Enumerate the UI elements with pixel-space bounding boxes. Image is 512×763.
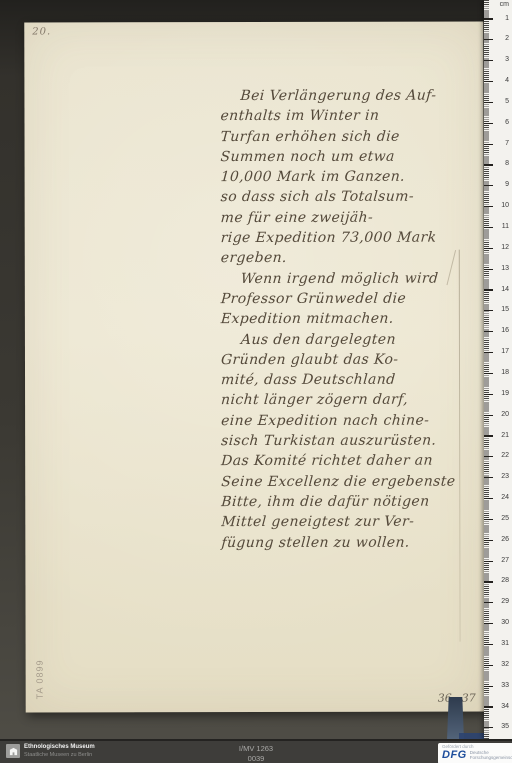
dfg-name-line2: Forschungsgemeinschaft [470, 755, 512, 760]
ruler-number: 12 [501, 244, 509, 251]
manuscript-line: Summen noch um etwa [220, 146, 489, 167]
ruler-tick [484, 456, 493, 457]
manuscript-line: Professor Grünwedel die [220, 288, 489, 309]
viewer-footer: Ethnologisches Museum Staatliche Museen … [0, 739, 512, 763]
ruler-number: 18 [501, 369, 509, 376]
manuscript-line: so dass sich als Totalsum- [220, 187, 489, 208]
manuscript-line: mité, dass Deutschland [220, 370, 489, 391]
manuscript-line: me für eine zweijäh- [220, 207, 489, 228]
ruler-number: 20 [501, 411, 509, 418]
ruler-number: 15 [501, 306, 509, 313]
ruler-tick [484, 269, 493, 270]
ruler-number: 1 [505, 15, 509, 22]
ruler-number: 16 [501, 327, 509, 334]
ruler-number: 14 [501, 286, 509, 293]
ruler-number: 7 [505, 140, 509, 147]
ruler-tick [484, 331, 493, 332]
ruler-tick [484, 686, 493, 687]
ruler-tick [484, 18, 493, 19]
ruler-tick [484, 81, 493, 82]
ruler-tick [484, 39, 493, 40]
ruler-tick [484, 706, 493, 707]
manuscript-line: ergeben. [220, 248, 489, 269]
ruler-tick [484, 602, 493, 603]
ruler-tick [484, 310, 493, 311]
manuscript-line: fügung stellen zu wollen. [221, 532, 490, 553]
ruler-number: 8 [505, 160, 509, 167]
dfg-logo: Gefördert durch DFG Deutsche Forschungsg… [438, 743, 512, 763]
ruler-tick [484, 60, 493, 61]
ruler-tick [484, 227, 493, 228]
ruler-number: 6 [505, 119, 509, 126]
manuscript-line: rige Expedition 73,000 Mark [220, 228, 489, 249]
manuscript-line: 10,000 Mark im Ganzen. [220, 167, 489, 188]
manuscript-line: Bei Verlängerung des Auf- [220, 86, 489, 107]
ruler-number: 25 [501, 515, 509, 522]
archive-stamp: TA 0899 [35, 648, 45, 710]
ruler-number: 21 [501, 432, 509, 439]
ruler-number: 28 [501, 577, 509, 584]
ruler-tick [484, 415, 493, 416]
manuscript-line: Bitte, ihm die dafür nötigen [221, 491, 490, 512]
ruler-tick [484, 206, 493, 207]
ruler-number: 2 [505, 35, 509, 42]
ruler-number: 13 [501, 265, 509, 272]
manuscript-line: Gründen glaubt das Ko- [220, 349, 489, 370]
ruler-tick [484, 185, 493, 186]
ruler-tick [484, 373, 493, 374]
manuscript-line: Turfan erhöhen sich die [220, 126, 489, 147]
ruler-number: 23 [501, 473, 509, 480]
ruler-number: 3 [505, 56, 509, 63]
document-identifiers: I/MV 1263 0039 [0, 744, 512, 763]
manuscript-line: nicht länger zögern darf, [220, 390, 489, 411]
document-id: I/MV 1263 [0, 744, 512, 754]
manuscript-line: Mittel geneigtest zur Ver- [221, 512, 490, 533]
dfg-logo-row: DFG Deutsche Forschungsgemeinschaft [442, 749, 512, 761]
ruler-number: 9 [505, 181, 509, 188]
ruler-tick [484, 435, 493, 436]
image-number: 0039 [0, 754, 512, 763]
ruler-tick [484, 248, 493, 249]
folio-number: 37 [462, 692, 476, 705]
ruler-number: 22 [501, 452, 509, 459]
manuscript-page: 20. Bei Verlängerung des Auf-enthalts im… [24, 22, 484, 713]
ruler-number: 17 [501, 348, 509, 355]
ruler-tick [484, 123, 493, 124]
ruler-number: 27 [501, 557, 509, 564]
scan-viewport: 20. Bei Verlängerung des Auf-enthalts im… [0, 0, 512, 763]
ruler-tick [484, 623, 493, 624]
ruler-number: 24 [501, 494, 509, 501]
ruler-tick [484, 561, 493, 562]
ruler-tick [484, 581, 493, 582]
manuscript-line: enthalts im Winter in [220, 106, 489, 127]
page-corner-number: 20. [32, 26, 51, 37]
ruler-number: 33 [501, 682, 509, 689]
manuscript-line: Das Komité richtet daher an [221, 451, 490, 472]
ruler-tick [484, 352, 493, 353]
ruler-number: 32 [501, 661, 509, 668]
manuscript-line: Seine Excellenz die ergebenste [221, 471, 490, 492]
ruler-tick [484, 498, 493, 499]
manuscript-line: Expedition mitmachen. [220, 309, 489, 330]
dfg-abbreviation: DFG [442, 749, 467, 761]
ruler-tick [484, 164, 493, 165]
ruler-tick [484, 644, 493, 645]
ruler-tick [484, 665, 493, 666]
dfg-full-name: Deutsche Forschungsgemeinschaft [470, 750, 512, 760]
ruler-tick [484, 102, 493, 103]
ruler-tick [484, 727, 493, 728]
ruler-unit-label: cm [500, 1, 509, 8]
ruler-number: 30 [501, 619, 509, 626]
manuscript-line: Aus den dargelegten [220, 329, 489, 350]
manuscript-line: sisch Turkistan auszurüsten. [220, 431, 489, 452]
ruler-tick [484, 394, 493, 395]
ruler-tick [484, 477, 493, 478]
ruler-number: 11 [502, 223, 509, 230]
handwritten-text-block: Bei Verlängerung des Auf-enthalts im Win… [220, 86, 489, 553]
measurement-ruler: cm 1234567891011121314151617181920212223… [484, 0, 512, 739]
ruler-number: 31 [501, 640, 509, 647]
manuscript-line: eine Expedition nach chine- [220, 410, 489, 431]
ruler-number: 4 [505, 77, 509, 84]
ruler-number: 5 [505, 98, 509, 105]
ruler-number: 34 [501, 703, 509, 710]
ruler-number: 19 [501, 390, 509, 397]
ruler-tick [484, 519, 493, 520]
ruler-number: 29 [501, 598, 509, 605]
ruler-number: 35 [501, 723, 509, 730]
ruler-tick [484, 540, 493, 541]
ruler-tick [484, 289, 493, 290]
ruler-tick [484, 144, 493, 145]
ruler-number: 26 [501, 536, 509, 543]
ruler-number: 10 [501, 202, 509, 209]
